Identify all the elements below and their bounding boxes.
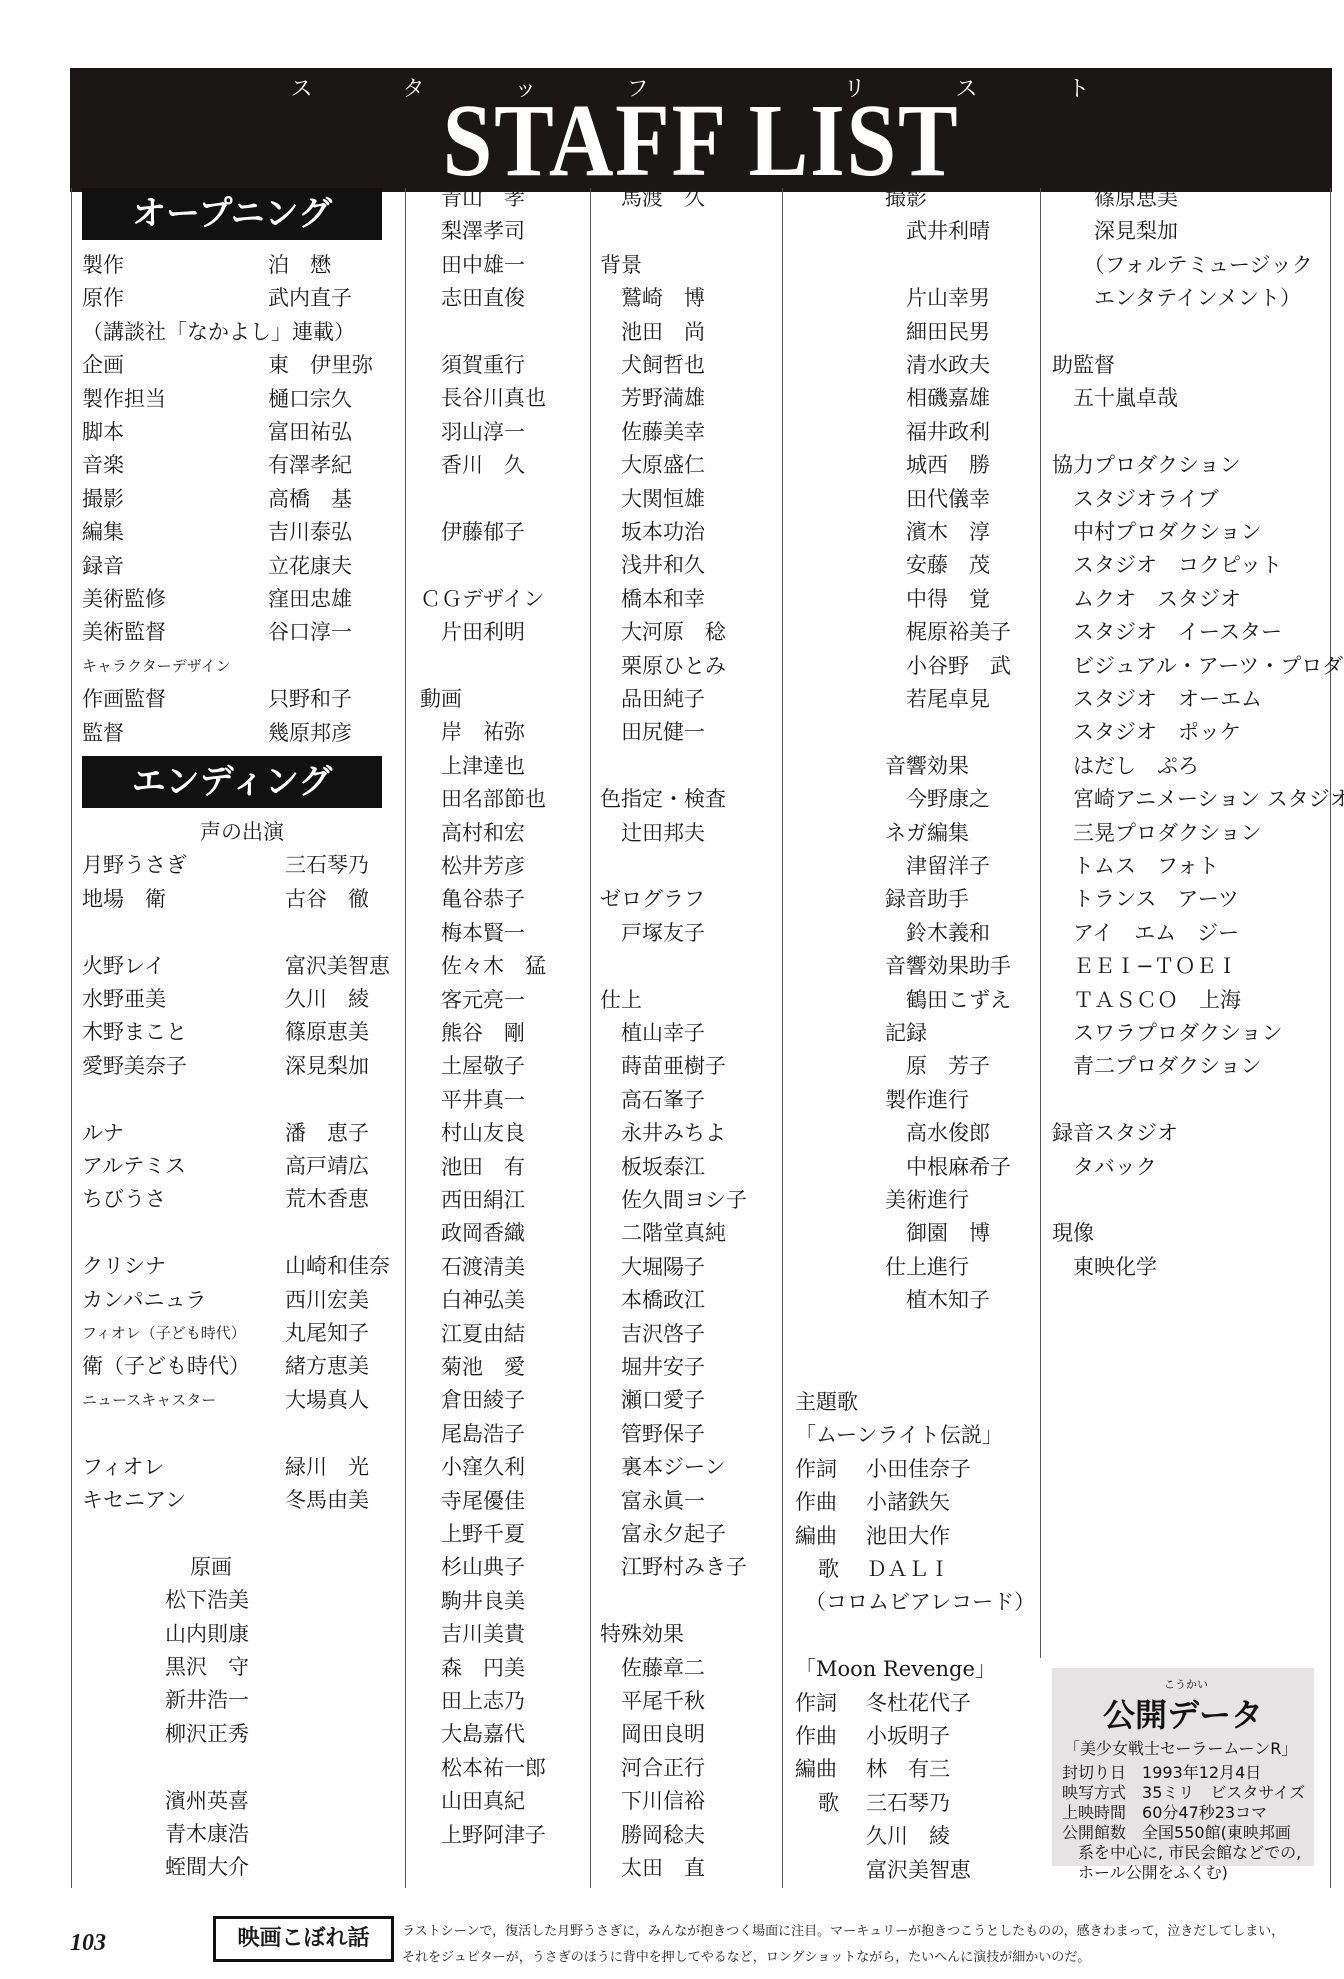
credit-line: 吉川泰弘 [268, 520, 352, 544]
credit-line: 色指定・検査 [600, 787, 726, 811]
credit-line: 愛野美奈子 [82, 1054, 187, 1078]
credit-line: 篠原恵美 [1052, 186, 1178, 210]
credit-line: 志田直俊 [420, 286, 525, 310]
credit-line: 録音スタジオ [1052, 1121, 1178, 1145]
credit-line: 富永夕起子 [600, 1522, 726, 1546]
credit-line: 品田純子 [600, 687, 705, 711]
credit-line: 濱木 淳 [885, 520, 990, 544]
credit-line: 木野まこと [82, 1020, 187, 1044]
credit-line: 菊池 愛 [420, 1355, 525, 1379]
credit-line: エンタテインメント） [1052, 286, 1301, 310]
credit-line: カンパニュラ [82, 1288, 207, 1312]
credit-line: 浅井和久 [600, 553, 705, 577]
credit-line: 三石琴乃 [285, 853, 369, 877]
credit-line: 梅本賢一 [420, 921, 525, 945]
credit-line: 中得 覚 [885, 587, 990, 611]
credit-line: 水野亜美 [82, 987, 166, 1011]
credit-line: 杉山典子 [420, 1555, 525, 1579]
page-title: STAFF LIST [158, 86, 1243, 196]
credit-line: 大関恒雄 [600, 487, 705, 511]
credit-line: 蒔苗亜樹子 [600, 1054, 726, 1078]
credit-line: 立花康夫 [268, 554, 352, 578]
credit-line: 音楽 [82, 453, 124, 477]
credit-line: 若尾卓見 [885, 687, 990, 711]
credit-line: スワラプロダクション [1052, 1021, 1283, 1045]
credit-line: 美術進行 [885, 1188, 969, 1212]
credit-line: 高橋 基 [268, 487, 352, 511]
credit-line: 熊谷 剛 [420, 1021, 525, 1045]
credit-line: 音響効果助手 [885, 954, 1011, 978]
credit-line: 製作 [82, 253, 124, 277]
credit-line: 橋本和幸 [600, 587, 705, 611]
credit-line: 高石峯子 [600, 1088, 705, 1112]
credit-line: 犬飼哲也 [600, 353, 705, 377]
credit-line: 久川 綾 [285, 987, 369, 1011]
credit-line: 「ムーンライト伝説」 [795, 1423, 1003, 1447]
credit-line: 福井政利 [885, 420, 990, 444]
credit-line: トムス フォト [1052, 854, 1219, 878]
credit-line: 高村和宏 [420, 821, 525, 845]
credit-line: 客元亮一 [420, 988, 525, 1012]
staff-list-banner: スタッフ リスト STAFF LIST [70, 68, 1332, 192]
credit-line: 亀谷恭子 [420, 887, 525, 911]
credit-line: 緑川 光 [285, 1455, 369, 1479]
credit-line: 田中雄一 [420, 253, 525, 277]
credit-line: 政岡香織 [420, 1221, 525, 1245]
credit-line: 地場 衛 [82, 887, 166, 911]
credit-line: 鶴田こずえ [885, 988, 1011, 1012]
credit-line: 音響効果 [885, 754, 969, 778]
credit-line: 鈴木義和 [885, 921, 990, 945]
credit-line: ＣＧデザイン [420, 587, 545, 611]
credit-line: 作曲 [795, 1724, 837, 1748]
credit-line: 中村プロダクション [1052, 520, 1262, 544]
credit-line: 三石琴乃 [866, 1791, 950, 1815]
credit-line: 小坂明子 [866, 1724, 950, 1748]
credit-line: 岡田良明 [600, 1722, 705, 1746]
credit-line: 荒木香恵 [285, 1187, 369, 1211]
credit-line: 池田 有 [420, 1155, 525, 1179]
credit-line: 声の出演 [200, 820, 284, 844]
credit-line: 下川信裕 [600, 1789, 705, 1813]
credit-line: 三晃プロダクション [1052, 821, 1262, 845]
credit-line: 安藤 茂 [885, 553, 990, 577]
credit-line: スタジオ イースター [1052, 620, 1282, 644]
credit-line: フィオレ（子ども時代） [82, 1321, 246, 1345]
credit-line: 片田利明 [420, 620, 525, 644]
credit-line: 上野千夏 [420, 1522, 525, 1546]
credit-line: 企画 [82, 353, 124, 377]
credit-line: 管野保子 [600, 1422, 705, 1446]
credit-line: 五十嵐卓哉 [1052, 386, 1178, 410]
credit-line: 吉川美貴 [420, 1622, 525, 1646]
credit-line: 大島嘉代 [420, 1722, 525, 1746]
credit-line: 潘 恵子 [285, 1121, 369, 1145]
credit-line: 林 有三 [866, 1757, 950, 1781]
credit-line: 濱州英喜 [165, 1789, 249, 1813]
credit-line: 蛭間大介 [165, 1855, 249, 1879]
credit-line: 尾島浩子 [420, 1422, 525, 1446]
credit-line: 吉沢啓子 [600, 1322, 705, 1346]
credit-line: 村山友良 [420, 1121, 525, 1145]
column-divider [405, 188, 406, 1888]
credit-line: 製作担当 [82, 387, 166, 411]
credit-line: 佐藤美幸 [600, 420, 705, 444]
credit-line: 小諸鉄矢 [866, 1490, 950, 1514]
credit-line: 松下浩美 [165, 1588, 249, 1612]
credit-line: 裏本ジーン [600, 1455, 726, 1479]
credit-line: 馬渡 久 [600, 186, 705, 210]
credit-line: 相磯嘉雄 [885, 386, 990, 410]
credit-line: 「Moon Revenge」 [795, 1657, 996, 1681]
credit-line: 青二プロダクション [1052, 1054, 1262, 1078]
credit-line: 中根麻希子 [885, 1155, 1011, 1179]
credit-line: 作曲 [795, 1490, 837, 1514]
credit-line: 津留洋子 [885, 854, 990, 878]
credit-line: 富田祐弘 [268, 420, 352, 444]
credit-line: 編集 [82, 520, 124, 544]
credit-line: 作詞 [795, 1691, 837, 1715]
credit-line: 芳野満雄 [600, 386, 705, 410]
credit-line: 植山幸子 [600, 1021, 705, 1045]
credit-line: 佐藤章二 [600, 1656, 705, 1680]
credit-line: 佐久間ヨシ子 [600, 1188, 747, 1212]
credit-line: ＥＥＩ−ＴＯＥＩ [1052, 954, 1238, 978]
credit-line: 只野和子 [268, 687, 352, 711]
credit-line: 西川宏美 [285, 1288, 369, 1312]
column-divider [1040, 188, 1041, 1658]
credit-line: 田上志乃 [420, 1689, 525, 1713]
trivia-text-line-1: ラストシーンで，復活した月野うさぎに，みんなが抱きつく場面に注目。マーキュリーが… [402, 1920, 1284, 1939]
credit-line: クリシナ [82, 1254, 166, 1278]
credit-line: フィオレ [82, 1455, 164, 1479]
credit-line: 新井浩一 [165, 1688, 249, 1712]
page-number: 103 [70, 1930, 106, 1957]
credit-line: キャラクターデザイン [82, 654, 231, 678]
credit-line: 助監督 [1052, 353, 1115, 377]
credit-line: 美術監督 [82, 620, 166, 644]
credit-line: 御園 博 [885, 1221, 990, 1245]
credit-line: 特殊効果 [600, 1622, 684, 1646]
credit-line: 原 芳子 [885, 1054, 990, 1078]
credit-line: 松井芳彦 [420, 854, 525, 878]
credit-line: 有澤孝紀 [268, 453, 352, 477]
credit-line: 梶原裕美子 [885, 620, 1011, 644]
credit-line: 大原盛仁 [600, 453, 705, 477]
credit-line: ＤＡＬＩ [866, 1557, 950, 1581]
credit-line: 富沢美智恵 [866, 1858, 971, 1882]
credit-line: 泊 懋 [268, 253, 331, 277]
credit-line: 上津達也 [420, 754, 525, 778]
release-data-title: 公開データ [1052, 1690, 1314, 1736]
credit-line: 背景 [600, 253, 642, 277]
credit-line: アイ エム ジー [1052, 921, 1239, 945]
credit-line: 樋口宗久 [268, 387, 352, 411]
credit-line: 製作進行 [885, 1088, 969, 1112]
credit-line: 板坂泰江 [600, 1155, 705, 1179]
credit-line: タバック [1052, 1155, 1157, 1179]
credit-line: （コロムビアレコード） [805, 1590, 1035, 1614]
credit-line: 火野レイ [82, 954, 165, 978]
credit-line: （フォルテミュージック [1052, 253, 1313, 277]
trivia-text-line-2: それをジュピターが，うさぎのほうに背中を押してやるなど，ロングショットながら，た… [402, 1946, 1090, 1965]
credit-line: 深見梨加 [285, 1054, 369, 1078]
credit-line: 森 円美 [420, 1656, 525, 1680]
credit-line: ビジュアル・アーツ・プロダクション [1052, 654, 1344, 678]
credit-line: 原作 [82, 286, 124, 310]
credit-line: 富沢美智恵 [285, 954, 390, 978]
credit-line: 堀井安子 [600, 1355, 705, 1379]
credit-line: ムクオ スタジオ [1052, 587, 1241, 611]
credit-line: 幾原邦彦 [268, 721, 352, 745]
credit-line: 平井真一 [420, 1088, 525, 1112]
credit-line: 小谷野 武 [885, 654, 1011, 678]
credit-line: 久川 綾 [866, 1824, 950, 1848]
credit-line: 山田真紀 [420, 1789, 525, 1813]
credit-line: 黒沢 守 [165, 1655, 249, 1679]
credit-line: 田名部節也 [420, 787, 546, 811]
credit-line: 石渡清美 [420, 1255, 525, 1279]
credit-line: 細田民男 [885, 320, 990, 344]
credit-line: 二階堂真純 [600, 1221, 726, 1245]
credit-line: ちびうさ [82, 1187, 166, 1211]
trivia-badge: 映画こぼれ話 [213, 1916, 394, 1962]
credit-line: 録音助手 [885, 887, 969, 911]
credit-line: 山内則康 [165, 1622, 249, 1646]
credit-line: 宮崎アニメーション スタジオ [1052, 787, 1344, 811]
column-divider [71, 188, 72, 1888]
credit-line: 武井利晴 [885, 219, 990, 243]
movie-title: 「美少女戦士セーラームーンR」 [1064, 1736, 1297, 1759]
credit-line: 小田佳奈子 [866, 1457, 971, 1481]
credit-line: ニュースキャスター [82, 1388, 216, 1412]
credit-line: 歌 [818, 1557, 839, 1581]
credit-line: 編曲 [795, 1524, 837, 1548]
credit-line: 坂本功治 [600, 520, 705, 544]
credit-line: 大河原 稔 [600, 620, 726, 644]
credit-line: 寺尾優佳 [420, 1489, 525, 1513]
credit-line: 衛（子ども時代） [82, 1354, 250, 1378]
credit-line: 河合正行 [600, 1756, 705, 1780]
section-header-opening: オープニング [82, 188, 382, 240]
credit-line: 長谷川真也 [420, 386, 546, 410]
credit-line: ルナ [82, 1121, 124, 1145]
credit-line: 富永眞一 [600, 1489, 705, 1513]
credit-line: 東 伊里弥 [268, 353, 373, 377]
credit-line: 池田 尚 [600, 320, 705, 344]
credit-line: 瀬口愛子 [600, 1388, 705, 1412]
credit-line: 記録 [885, 1021, 927, 1045]
credit-line: 主題歌 [795, 1390, 858, 1414]
credit-line: 本橋政江 [600, 1288, 705, 1312]
credit-line: 緒方恵美 [285, 1354, 369, 1378]
column-divider [782, 188, 783, 1888]
credit-line: 録音 [82, 554, 124, 578]
credit-line: 平尾千秋 [600, 1689, 705, 1713]
credit-line: 大場真人 [285, 1388, 369, 1412]
column-divider [590, 188, 591, 1888]
credit-line: 香川 久 [420, 453, 525, 477]
credit-line: 深見梨加 [1052, 219, 1178, 243]
credit-line: 佐々木 猛 [420, 954, 546, 978]
credit-line: 仕上 [600, 988, 642, 1012]
credit-line: 白神弘美 [420, 1288, 525, 1312]
credit-line: はだし ぷろ [1052, 754, 1199, 778]
credit-line: ゼログラフ [600, 887, 705, 911]
credit-line: 現像 [1052, 1221, 1094, 1245]
credit-line: 谷口淳一 [268, 620, 352, 644]
credit-line: スタジオ ポッケ [1052, 720, 1241, 744]
credit-line: 古谷 徹 [285, 887, 369, 911]
credit-line: トランス アーツ [1052, 887, 1239, 911]
credit-line: 編曲 [795, 1757, 837, 1781]
credit-line: 山崎和佳奈 [285, 1254, 390, 1278]
credit-line: 冬馬由美 [285, 1488, 369, 1512]
credit-line: 原画 [190, 1555, 232, 1579]
credit-line: 土屋敬子 [420, 1054, 525, 1078]
credit-line: スタジオライブ [1052, 487, 1219, 511]
credit-line: 撮影 [82, 487, 124, 511]
credit-line: 田尻健一 [600, 720, 705, 744]
credit-line: 鷲崎 博 [600, 286, 705, 310]
credit-line: 小窪久利 [420, 1455, 525, 1479]
credit-line: 東映化学 [1052, 1255, 1157, 1279]
credit-line: 伊藤郁子 [420, 520, 525, 544]
credit-line: 植木知子 [885, 1288, 990, 1312]
credit-line: 今野康之 [885, 787, 990, 811]
credit-line: 美術監修 [82, 587, 166, 611]
credit-line: 梨澤孝司 [420, 219, 525, 243]
credit-line: 動画 [420, 687, 462, 711]
credit-line: 西田絹江 [420, 1188, 525, 1212]
credit-line: 窪田忠雄 [268, 587, 352, 611]
credit-line: 作画監督 [82, 687, 166, 711]
credit-line: 高水俊郎 [885, 1121, 990, 1145]
credit-line: 戸塚友子 [600, 921, 705, 945]
credit-line: 城西 勝 [885, 453, 990, 477]
credit-line: 撮影 [885, 186, 927, 210]
credit-line: 丸尾知子 [285, 1321, 369, 1345]
credit-line: スタジオ コクピット [1052, 553, 1282, 577]
credit-line: 協力プロダクション [1052, 453, 1241, 477]
credit-line: 駒井良美 [420, 1589, 525, 1613]
credit-line: 青木康浩 [165, 1822, 249, 1846]
credit-line: ネガ編集 [885, 821, 969, 845]
credit-line: 岸 祐弥 [420, 720, 525, 744]
credit-line: 田代儀幸 [885, 487, 990, 511]
credit-line: 高戸靖広 [285, 1154, 369, 1178]
credit-line: 冬杜花代子 [866, 1691, 971, 1715]
credit-line: 歌 [818, 1791, 839, 1815]
credit-line: 作詞 [795, 1457, 837, 1481]
credit-line: 勝岡稔夫 [600, 1823, 705, 1847]
credit-line: 倉田綾子 [420, 1388, 525, 1412]
credit-line: 江夏由結 [420, 1322, 525, 1346]
credit-line: スタジオ オーエム [1052, 687, 1262, 711]
credit-line: ＴＡＳＣＯ 上海 [1052, 988, 1241, 1012]
credit-line: 仕上進行 [885, 1255, 969, 1279]
column-divider [1330, 188, 1331, 1888]
credit-line: 清水政夫 [885, 353, 990, 377]
credit-line: キセニアン [82, 1488, 186, 1512]
credit-line: 永井みちよ [600, 1121, 726, 1145]
release-row-continued: ホール公開をふくむ) [1078, 1860, 1228, 1883]
credit-line: 監督 [82, 721, 124, 745]
credit-line: 江野村みき子 [600, 1555, 747, 1579]
credit-line: 片山幸男 [885, 286, 990, 310]
credit-line: 太田 直 [600, 1856, 705, 1880]
credit-line: 大堀陽子 [600, 1255, 705, 1279]
release-data-box: こうかい 公開データ 「美少女戦士セーラームーンR」 封切り日 1993年12月… [1052, 1668, 1314, 1866]
credit-line: 青山 孝 [420, 186, 525, 210]
credit-line: 月野うさぎ [82, 853, 187, 877]
credit-line: 羽山淳一 [420, 420, 525, 444]
credit-line: 栗原ひとみ [600, 654, 726, 678]
section-header-ending: エンディング [82, 756, 382, 808]
credit-line: 篠原恵美 [285, 1020, 369, 1044]
credit-line: アルテミス [82, 1154, 186, 1178]
credit-line: 柳沢正秀 [165, 1722, 249, 1746]
credit-line: （講談社「なかよし」連載） [82, 320, 355, 344]
credit-line: 池田大作 [866, 1524, 950, 1548]
credit-line: 脚本 [82, 420, 124, 444]
credit-line: 須賀重行 [420, 353, 525, 377]
credit-line: 辻田邦夫 [600, 821, 705, 845]
credit-line: 松本祐一郎 [420, 1756, 546, 1780]
credit-line: 武内直子 [268, 286, 352, 310]
credit-line: 上野阿津子 [420, 1823, 546, 1847]
